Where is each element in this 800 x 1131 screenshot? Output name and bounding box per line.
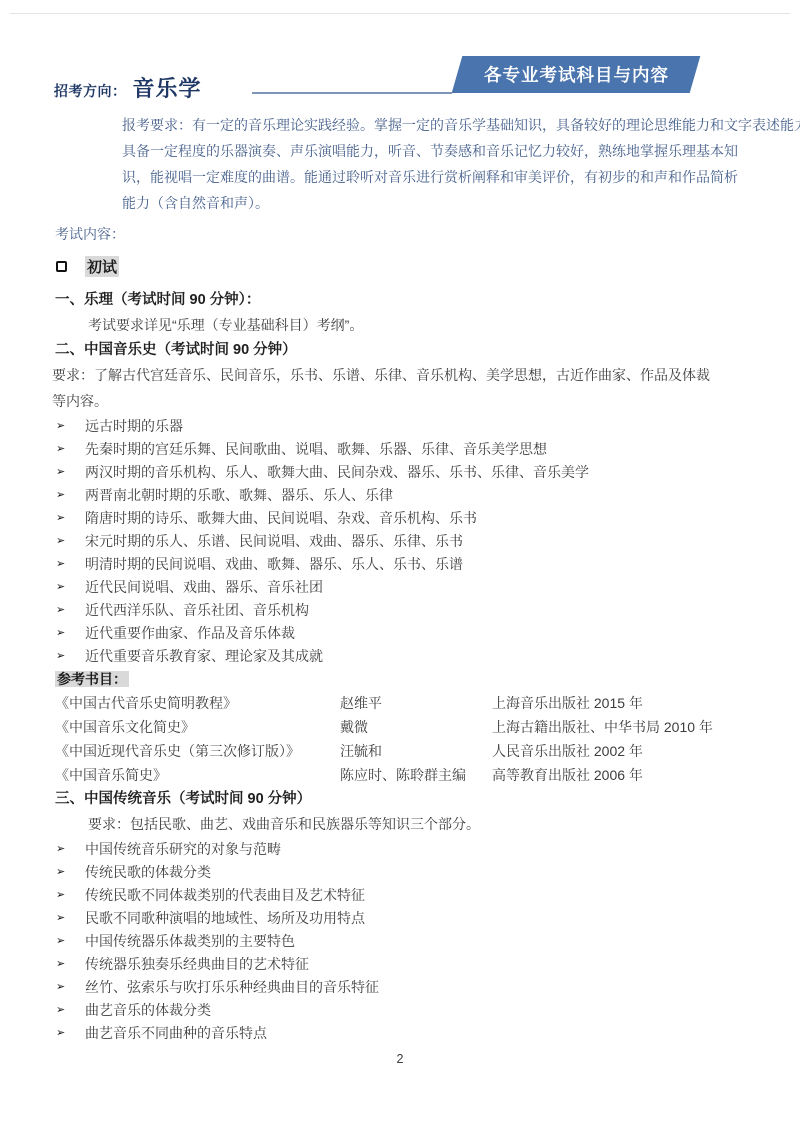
arrow-bullet-icon: ➢ [52, 1026, 85, 1039]
list-item-text: 近代西洋乐队、音乐社团、音乐机构 [85, 600, 309, 620]
list-item: ➢ 两晋南北朝时期的乐歌、歌舞、器乐、乐人、乐律 [52, 483, 748, 506]
section-3-title: 三、中国传统音乐（考试时间 90 分钟） [52, 787, 748, 811]
document-page: 招考方向： 音乐学 各专业考试科目与内容 报考要求：有一定的音乐理论实践经验。掌… [0, 0, 800, 1131]
application-requirements: 报考要求：有一定的音乐理论实践经验。掌握一定的音乐学基础知识，具备较好的理论思维… [52, 112, 748, 216]
book-title: 《中国音乐文化简史》 [55, 717, 340, 737]
section-3-topic-list: ➢ 中国传统音乐研究的对象与范畴 ➢ 传统民歌的体裁分类 ➢ 传统民歌不同体裁类… [52, 837, 748, 1044]
list-item-text: 曲艺音乐的体裁分类 [85, 1000, 211, 1020]
section-1-title: 一、乐理（考试时间 90 分钟）： [52, 288, 748, 312]
book-author: 赵维平 [340, 693, 492, 713]
section-2-requirement: 要求：了解古代宫廷音乐、民间音乐，乐书、乐谱、乐律、音乐机构、美学思想，古近作曲… [52, 362, 748, 414]
arrow-bullet-icon: ➢ [52, 442, 85, 455]
list-item: ➢ 近代西洋乐队、音乐社团、音乐机构 [52, 598, 748, 621]
header-underline [252, 92, 452, 94]
requirement-line: 等内容。 [52, 388, 748, 414]
stage-heading: 初试 [52, 254, 748, 278]
list-item-text: 民歌不同歌种演唱的地域性、场所及功用特点 [85, 908, 365, 928]
book-publisher: 上海音乐出版社 2015 年 [492, 693, 748, 713]
arrow-bullet-icon: ➢ [52, 865, 85, 878]
book-row: 《中国近现代音乐史（第三次修订版）》 汪毓和 人民音乐出版社 2002 年 [52, 739, 748, 763]
list-item: ➢ 中国传统音乐研究的对象与范畴 [52, 837, 748, 860]
arrow-bullet-icon: ➢ [52, 888, 85, 901]
book-author: 汪毓和 [340, 741, 492, 761]
bibliography-label: 参考书目： [52, 668, 748, 691]
arrow-bullet-icon: ➢ [52, 580, 85, 593]
list-item: ➢ 近代重要作曲家、作品及音乐体裁 [52, 621, 748, 644]
book-author: 戴微 [340, 717, 492, 737]
page-number: 2 [0, 1052, 800, 1066]
section-2-topic-list: ➢ 远古时期的乐器 ➢ 先秦时期的宫廷乐舞、民间歌曲、说唱、歌舞、乐器、乐律、音… [52, 414, 748, 667]
admission-direction: 招考方向： 音乐学 [54, 72, 202, 103]
book-title: 《中国古代音乐史简明教程》 [55, 693, 340, 713]
list-item-text: 传统民歌不同体裁类别的代表曲目及艺术特征 [85, 885, 365, 905]
list-item-text: 近代重要音乐教育家、理论家及其成就 [85, 646, 323, 666]
requirement-line: 报考要求：有一定的音乐理论实践经验。掌握一定的音乐学基础知识，具备较好的理论思维… [52, 112, 748, 138]
list-item-text: 隋唐时期的诗乐、歌舞大曲、民间说唱、杂戏、音乐机构、乐书 [85, 508, 477, 528]
book-publisher: 上海古籍出版社、中华书局 2010 年 [492, 717, 748, 737]
section-3-requirement: 要求：包括民歌、曲艺、戏曲音乐和民族器乐等知识三个部分。 [52, 811, 748, 837]
list-item: ➢ 曲艺音乐的体裁分类 [52, 998, 748, 1021]
arrow-bullet-icon: ➢ [52, 649, 85, 662]
list-item-text: 中国传统器乐体裁类别的主要特色 [85, 931, 295, 951]
list-item-text: 传统民歌的体裁分类 [85, 862, 211, 882]
square-bullet-icon [56, 261, 67, 272]
arrow-bullet-icon: ➢ [52, 980, 85, 993]
direction-major: 音乐学 [133, 72, 202, 103]
direction-label: 招考方向： [54, 81, 127, 101]
list-item-text: 中国传统音乐研究的对象与范畴 [85, 839, 281, 859]
list-item-text: 远古时期的乐器 [85, 416, 183, 436]
book-title: 《中国近现代音乐史（第三次修订版）》 [55, 741, 340, 761]
list-item: ➢ 明清时期的民间说唱、戏曲、歌舞、器乐、乐人、乐书、乐谱 [52, 552, 748, 575]
page-content: 报考要求：有一定的音乐理论实践经验。掌握一定的音乐学基础知识，具备较好的理论思维… [52, 112, 748, 1044]
list-item-text: 丝竹、弦索乐与吹打乐乐种经典曲目的音乐特征 [85, 977, 379, 997]
book-row: 《中国古代音乐史简明教程》 赵维平 上海音乐出版社 2015 年 [52, 691, 748, 715]
arrow-bullet-icon: ➢ [52, 1003, 85, 1016]
top-divider [10, 13, 790, 14]
arrow-bullet-icon: ➢ [52, 465, 85, 478]
arrow-bullet-icon: ➢ [52, 911, 85, 924]
list-item-text: 两汉时期的音乐机构、乐人、歌舞大曲、民间杂戏、器乐、乐书、乐律、音乐美学 [85, 462, 589, 482]
arrow-bullet-icon: ➢ [52, 511, 85, 524]
list-item: ➢ 曲艺音乐不同曲种的音乐特点 [52, 1021, 748, 1044]
list-item: ➢ 两汉时期的音乐机构、乐人、歌舞大曲、民间杂戏、器乐、乐书、乐律、音乐美学 [52, 460, 748, 483]
list-item: ➢ 传统民歌的体裁分类 [52, 860, 748, 883]
list-item-text: 先秦时期的宫廷乐舞、民间歌曲、说唱、歌舞、乐器、乐律、音乐美学思想 [85, 439, 547, 459]
requirement-line: 具备一定程度的乐器演奏、声乐演唱能力，听音、节奏感和音乐记忆力较好，熟练地掌握乐… [52, 138, 748, 164]
requirement-line: 能力（含自然音和声）。 [52, 190, 748, 216]
arrow-bullet-icon: ➢ [52, 419, 85, 432]
book-row: 《中国音乐文化简史》 戴微 上海古籍出版社、中华书局 2010 年 [52, 715, 748, 739]
list-item: ➢ 隋唐时期的诗乐、歌舞大曲、民间说唱、杂戏、音乐机构、乐书 [52, 506, 748, 529]
banner-title: 各专业考试科目与内容 [484, 62, 669, 87]
list-item: ➢ 民歌不同歌种演唱的地域性、场所及功用特点 [52, 906, 748, 929]
arrow-bullet-icon: ➢ [52, 557, 85, 570]
arrow-bullet-icon: ➢ [52, 488, 85, 501]
stage-title: 初试 [85, 256, 119, 277]
requirement-line: 识，能视唱一定难度的曲谱。能通过聆听对音乐进行赏析阐释和审美评价，有初步的和声和… [52, 164, 748, 190]
arrow-bullet-icon: ➢ [52, 842, 85, 855]
book-row: 《中国音乐简史》 陈应时、陈聆群主编 高等教育出版社 2006 年 [52, 763, 748, 787]
arrow-bullet-icon: ➢ [52, 603, 85, 616]
section-2-title: 二、中国音乐史（考试时间 90 分钟） [52, 338, 748, 362]
list-item-text: 近代重要作曲家、作品及音乐体裁 [85, 623, 295, 643]
list-item-text: 两晋南北朝时期的乐歌、歌舞、器乐、乐人、乐律 [85, 485, 393, 505]
list-item: ➢ 远古时期的乐器 [52, 414, 748, 437]
bibliography-table: 《中国古代音乐史简明教程》 赵维平 上海音乐出版社 2015 年 《中国音乐文化… [52, 691, 748, 787]
arrow-bullet-icon: ➢ [52, 626, 85, 639]
list-item-text: 传统器乐独奏乐经典曲目的艺术特征 [85, 954, 309, 974]
list-item: ➢ 丝竹、弦索乐与吹打乐乐种经典曲目的音乐特征 [52, 975, 748, 998]
list-item-text: 明清时期的民间说唱、戏曲、歌舞、器乐、乐人、乐书、乐谱 [85, 554, 463, 574]
list-item: ➢ 先秦时期的宫廷乐舞、民间歌曲、说唱、歌舞、乐器、乐律、音乐美学思想 [52, 437, 748, 460]
list-item: ➢ 近代民间说唱、戏曲、器乐、音乐社团 [52, 575, 748, 598]
list-item: ➢ 传统民歌不同体裁类别的代表曲目及艺术特征 [52, 883, 748, 906]
list-item-text: 宋元时期的乐人、乐谱、民间说唱、戏曲、器乐、乐律、乐书 [85, 531, 463, 551]
arrow-bullet-icon: ➢ [52, 534, 85, 547]
section-banner: 各专业考试科目与内容 [452, 56, 701, 93]
list-item: ➢ 传统器乐独奏乐经典曲目的艺术特征 [52, 952, 748, 975]
section-1-note: 考试要求详见“乐理（专业基础科目）考纲”。 [52, 312, 748, 338]
book-publisher: 人民音乐出版社 2002 年 [492, 741, 748, 761]
list-item-text: 近代民间说唱、戏曲、器乐、音乐社团 [85, 577, 323, 597]
list-item: ➢ 宋元时期的乐人、乐谱、民间说唱、戏曲、器乐、乐律、乐书 [52, 529, 748, 552]
list-item-text: 曲艺音乐不同曲种的音乐特点 [85, 1023, 267, 1043]
requirement-line: 要求：了解古代宫廷音乐、民间音乐，乐书、乐谱、乐律、音乐机构、美学思想，古近作曲… [52, 362, 748, 388]
exam-content-label: 考试内容： [52, 222, 748, 246]
book-author: 陈应时、陈聆群主编 [340, 765, 492, 785]
book-publisher: 高等教育出版社 2006 年 [492, 765, 748, 785]
book-title: 《中国音乐简史》 [55, 765, 340, 785]
list-item: ➢ 近代重要音乐教育家、理论家及其成就 [52, 644, 748, 667]
arrow-bullet-icon: ➢ [52, 934, 85, 947]
list-item: ➢ 中国传统器乐体裁类别的主要特色 [52, 929, 748, 952]
arrow-bullet-icon: ➢ [52, 957, 85, 970]
